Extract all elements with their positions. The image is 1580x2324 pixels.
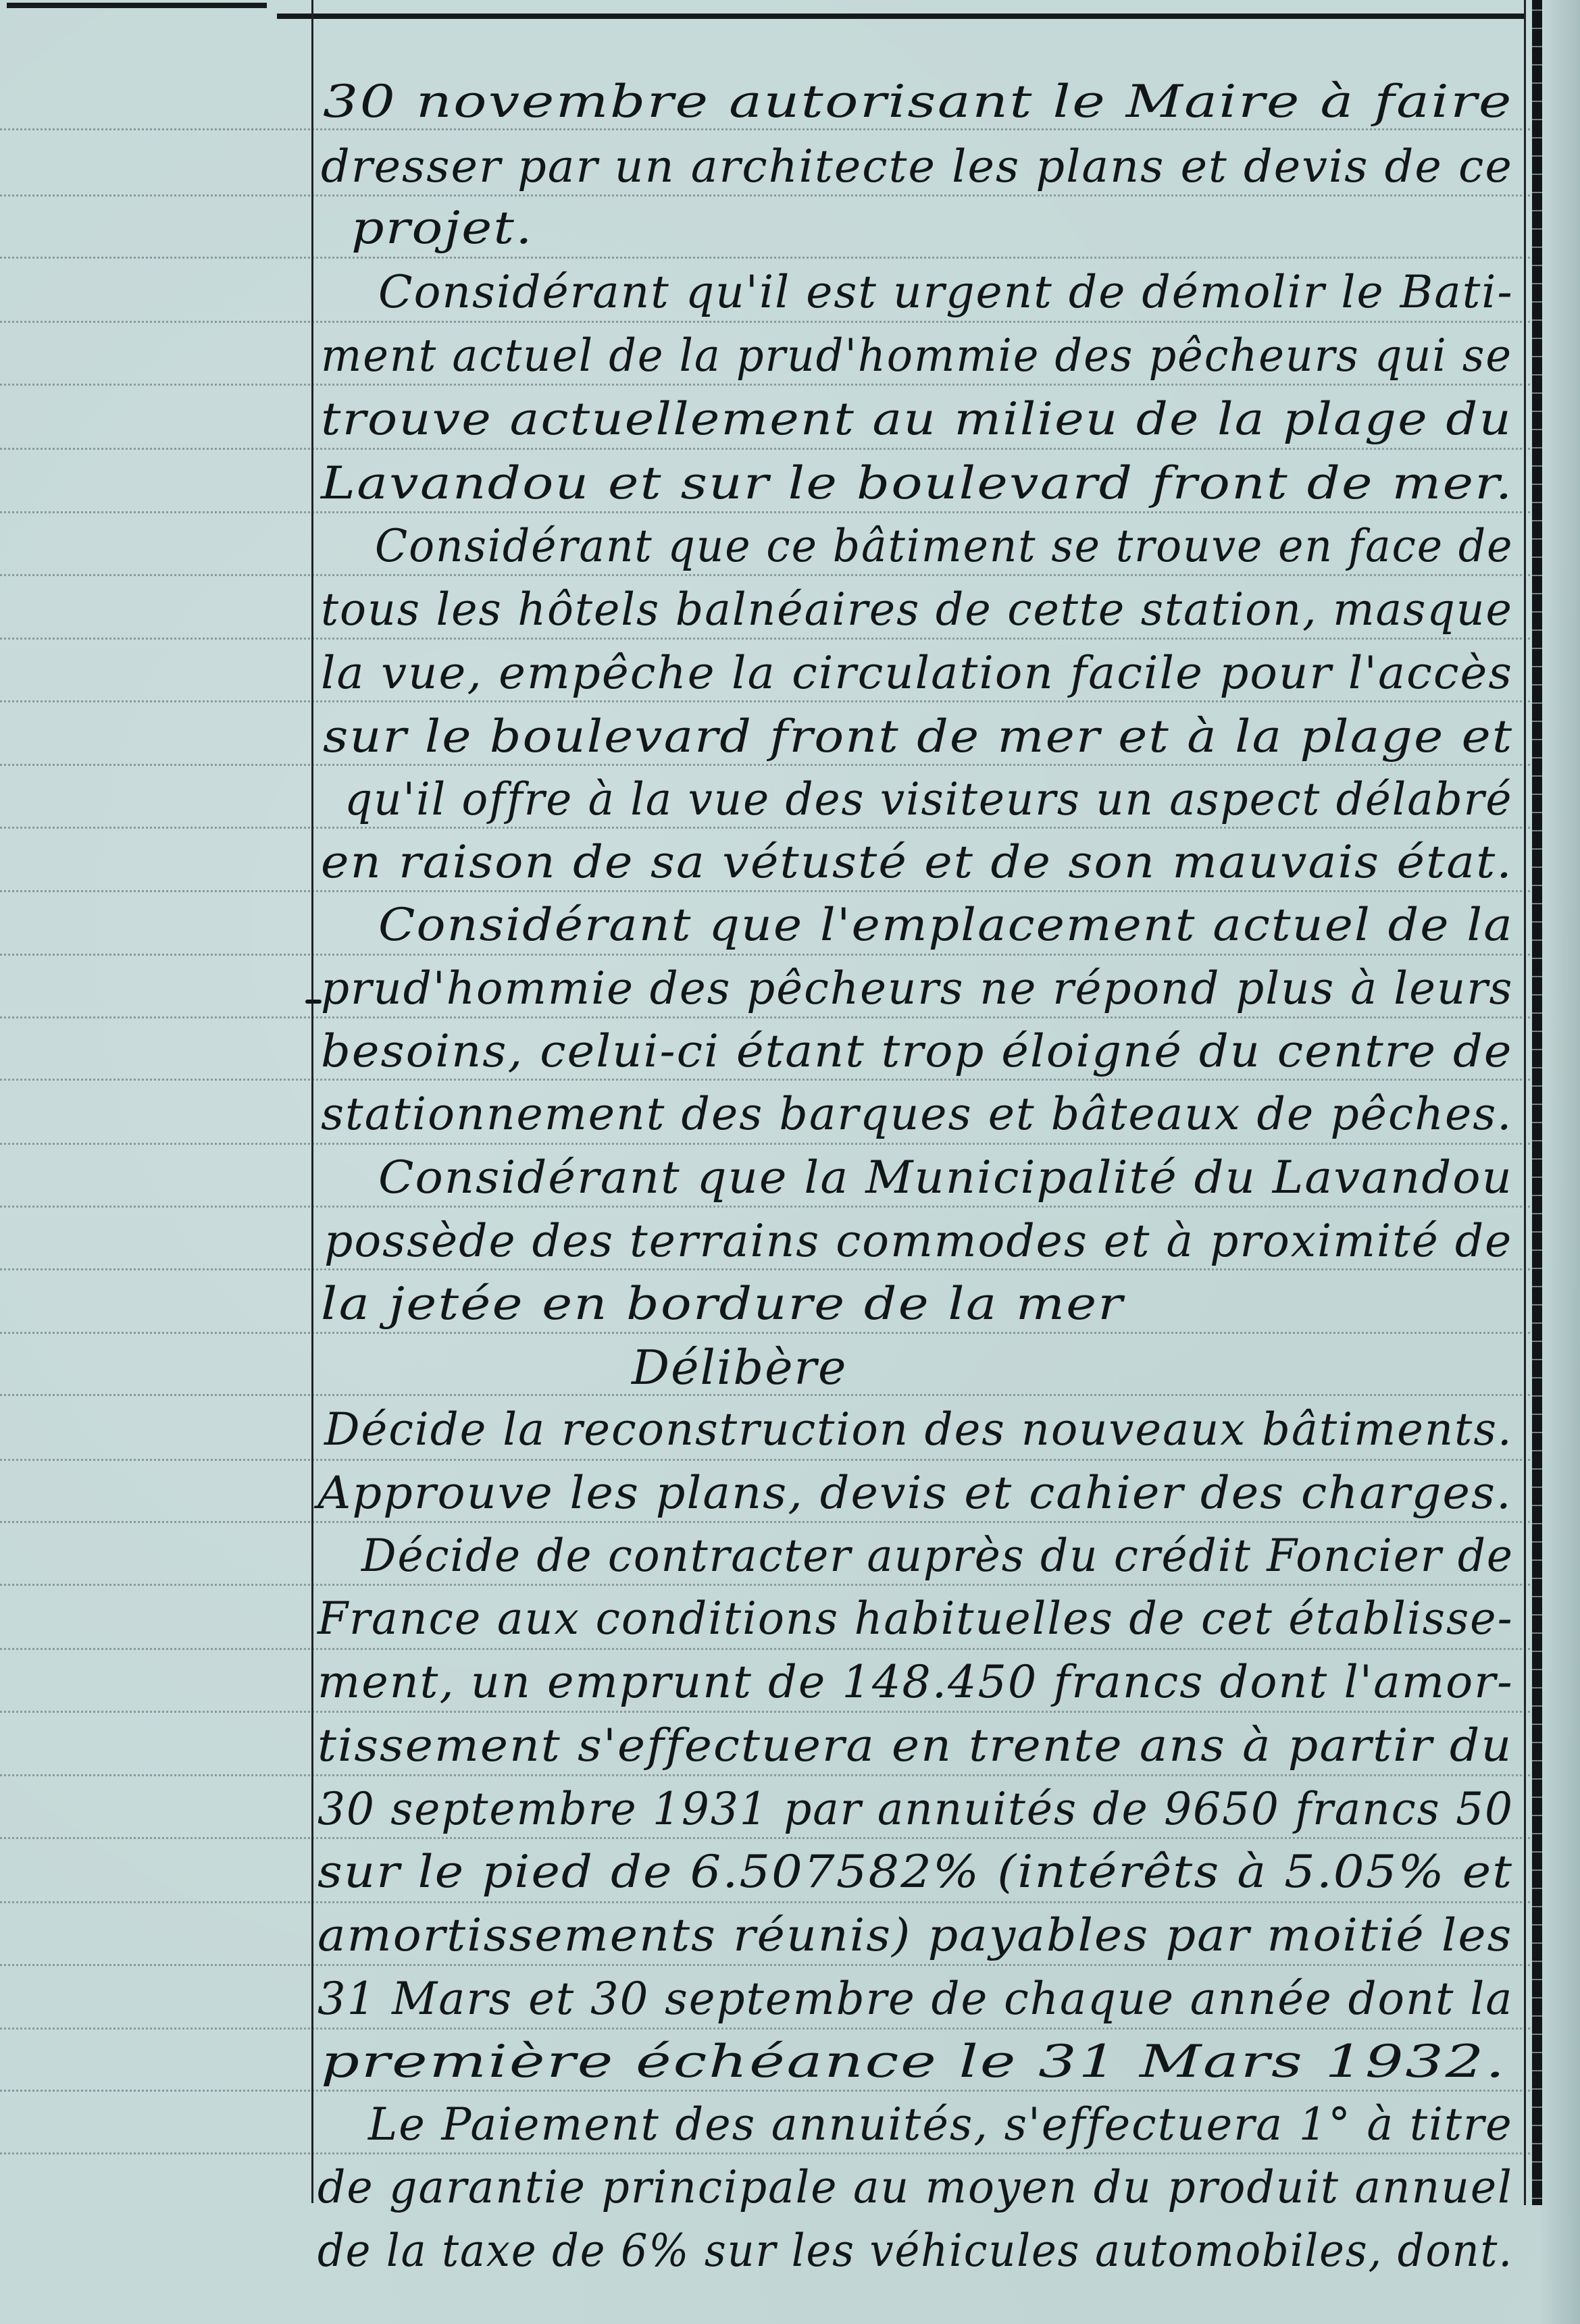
ruled-line (0, 2028, 1542, 2030)
ruled-line (0, 638, 1542, 640)
page-edge-shadow (1539, 0, 1580, 2324)
text-line: première échéance le 31 Mars 1932. (321, 2040, 1506, 2084)
ruled-line (0, 1964, 1542, 1966)
text-line: 30 septembre 1931 par annuités de 9650 f… (317, 1787, 1514, 1832)
text-line: 31 Mars et 30 septembre de chaque année … (317, 1977, 1513, 2021)
text-line: 30 novembre autorisant le Maire à faire (323, 80, 1513, 124)
ruled-line (0, 574, 1542, 576)
text-line: besoins, celui-ci étant trop éloigné du … (321, 1029, 1513, 1074)
text-line: dresser par un architecte les plans et d… (321, 145, 1513, 189)
text-line: France aux conditions habituelles de cet… (317, 1597, 1513, 1641)
ruled-line (0, 1521, 1542, 1523)
ruled-line (0, 1774, 1542, 1776)
ruled-line (0, 954, 1542, 956)
text-line: Considérant que l'emplacement actuel de … (378, 903, 1514, 948)
text-line: de la taxe de 6% sur les véhicules autom… (317, 2229, 1513, 2273)
text-line: sur le pied de 6.507582% (intérêts à 5.0… (317, 1850, 1513, 1894)
ruled-line (0, 195, 1542, 197)
ruled-line (0, 1016, 1542, 1018)
ruled-line (0, 257, 1542, 259)
text-line: Approuve les plans, devis et cahier des … (317, 1471, 1512, 1516)
text-line: Décide de contracter auprès du crédit Fo… (361, 1534, 1514, 1578)
text-line: Considérant que la Municipalité du Lavan… (378, 1156, 1513, 1200)
left-margin-line (311, 0, 313, 2203)
text-line: de garantie principale au moyen du produ… (317, 2165, 1513, 2210)
text-line: sur le boulevard front de mer et à la pl… (323, 715, 1513, 759)
ruled-line (0, 890, 1542, 892)
ruled-line (0, 2090, 1542, 2092)
right-border-line (1524, 0, 1526, 2205)
text-line: ment actuel de la prud'hommie des pêcheu… (321, 334, 1512, 378)
ruled-line (0, 1711, 1542, 1713)
ruled-line (0, 1837, 1542, 1839)
ruled-line (0, 827, 1542, 829)
text-line: stationnement des barques et bâteaux de … (321, 1092, 1512, 1137)
ruled-line (0, 1206, 1542, 1208)
text-line: tissement s'effectuera en trente ans à p… (317, 1724, 1512, 1768)
text-line: ment, un emprunt de 148.450 francs dont … (317, 1660, 1514, 1705)
ruled-line (0, 1648, 1542, 1650)
ruled-line (0, 1143, 1542, 1145)
ruled-line (0, 1459, 1542, 1461)
text-line: prud'hommie des pêcheurs ne répond plus … (321, 966, 1513, 1011)
ruled-line (0, 384, 1542, 386)
ruled-line (0, 2152, 1542, 2154)
text-line: en raison de sa vétusté et de son mauvai… (321, 840, 1513, 885)
text-line: Décide la reconstruction des nouveaux bâ… (324, 1408, 1513, 1452)
text-line: Considérant que ce bâtiment se trouve en… (375, 524, 1513, 569)
ruled-line (0, 321, 1542, 323)
text-line: Le Paiement des annuités, s'effectuera 1… (368, 2102, 1513, 2147)
ruled-line (0, 1584, 1542, 1586)
ruled-line (0, 448, 1542, 450)
register-page: 30 novembre autorisant le Maire à faire … (0, 0, 1580, 2324)
text-line: Considérant qu'il est urgent de démolir … (378, 270, 1514, 315)
text-line: projet. (351, 206, 534, 251)
ruled-line (0, 128, 1542, 130)
text-line: possède des terrains commodes et à proxi… (324, 1219, 1512, 1264)
text-line: Lavandou et sur le boulevard front de me… (321, 461, 1514, 506)
text-line: la jetée en bordure de la mer (321, 1282, 1124, 1326)
section-heading-delibere: Délibère (632, 1344, 847, 1391)
ruled-line (0, 511, 1542, 513)
ruled-line (0, 1332, 1542, 1334)
ruled-line (0, 764, 1542, 766)
ruled-line (0, 700, 1542, 702)
text-line: trouve actuellement au milieu de la plag… (321, 397, 1512, 442)
ruled-line (0, 1901, 1542, 1903)
ruled-line (0, 1268, 1542, 1270)
margin-stroke-mark (305, 1000, 322, 1004)
text-line: amortissements réunis) payables par moit… (317, 1913, 1513, 1958)
ruled-line (0, 1079, 1542, 1081)
text-line: qu'il offre à la vue des visiteurs un as… (345, 777, 1512, 822)
text-line: tous les hôtels balnéaires de cette stat… (321, 588, 1513, 632)
text-line: la vue, empêche la circulation facile po… (321, 651, 1513, 696)
